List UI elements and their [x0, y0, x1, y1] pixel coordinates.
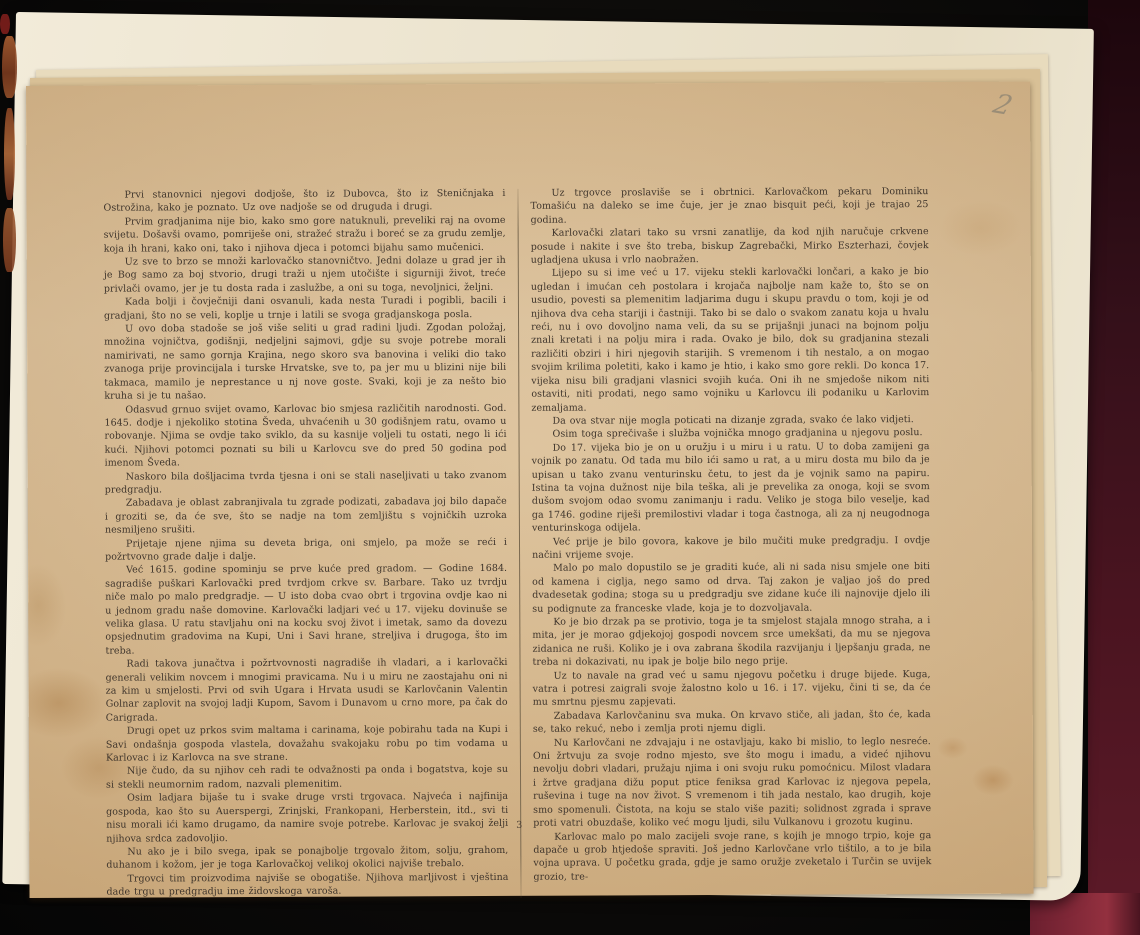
binding-tatter: [4, 108, 15, 200]
left-column: Prvi stanovnici njegovi dodjoše, što iz …: [103, 187, 508, 899]
paragraph: Uz trgovce proslaviše se i obrtnici. Kar…: [530, 185, 928, 227]
right-column: Uz trgovce proslaviše se i obrtnici. Kar…: [530, 185, 931, 897]
binding-tatter: [0, 14, 10, 34]
paragraph: Malo po malo dopustilo se je graditi kuć…: [532, 560, 930, 615]
paragraph: Trgovci tim proizvodima najviše se oboga…: [106, 871, 508, 900]
paragraph: Prvi stanovnici njegovi dodjoše, što iz …: [103, 187, 505, 216]
book-cover-edge: [1088, 0, 1140, 935]
paragraph: U ovo doba stadoše se još više seliti u …: [104, 321, 506, 403]
paragraph: Nu Karlovčani ne zdvajaju i ne ostavljaj…: [533, 735, 931, 831]
paragraph: Odasvud grnuo svijet ovamo, Karlovac bio…: [104, 401, 506, 470]
page-text: Prvi stanovnici njegovi dodjoše, što iz …: [103, 185, 932, 899]
paragraph: Uz to navale na grad već u samu njegovu …: [533, 668, 931, 710]
paragraph: Ko je bio drzak pa se protivio, toga je …: [532, 614, 930, 669]
paragraph: Osim ladjara bijaše tu i svake druge vrs…: [106, 790, 508, 845]
binding-tatter: [3, 208, 16, 272]
book-photo: 2 Prvi stanovnici njegovi dodjoše, što i…: [0, 0, 1140, 935]
paragraph: Drugi opet uz prkos svim maltama i carin…: [106, 723, 508, 765]
paragraph: Radi takova junačtva i požrtvovnosti nag…: [105, 656, 507, 725]
paragraph: Već 1615. godine spominju se prve kuće p…: [105, 562, 507, 658]
paragraph: Nu ako je i bilo svega, ipak se ponajbol…: [106, 844, 508, 873]
paragraph: Osim toga sprečivaše i služba vojnička m…: [531, 426, 929, 441]
paragraph: Lijepo su si ime već u 17. vijeku stekli…: [531, 266, 930, 415]
paragraph: Kada bolji i čovječniji dani osvanuli, k…: [104, 294, 506, 323]
paragraph: Naskoro bila došljacima tvrda tjesna i o…: [105, 468, 507, 497]
binding-tatter: [2, 36, 17, 98]
paragraph: Već prije je bilo govora, kakove je bilo…: [532, 534, 930, 563]
paragraph: Uz sve to brzo se množi karlovačko stano…: [104, 254, 506, 296]
paragraph: Karlovački zlatari tako su vrsni zanatli…: [531, 225, 929, 267]
paragraph: Prvim gradjanima nije bio, kako smo gore…: [104, 214, 506, 256]
paragraph: Zabadava je oblast zabranjivala tu zgrad…: [105, 495, 507, 537]
scanned-page: 2 Prvi stanovnici njegovi dodjoše, što i…: [26, 82, 1034, 898]
paragraph: Nije čudo, da su njihov ceh radi te odva…: [106, 763, 508, 792]
paragraph: Zabadava Karlovčaninu sva muka. On krvav…: [533, 708, 931, 737]
paragraph: Prijetaje njene njima su deveta briga, o…: [105, 535, 507, 564]
pencil-page-number: 2: [989, 89, 1015, 122]
paragraph: Do 17. vijeka bio je on u oružju i u mir…: [532, 440, 930, 536]
column-divider: [517, 189, 521, 898]
paragraph: Karlovac malo po malo zacijeli svoje ran…: [533, 829, 931, 884]
